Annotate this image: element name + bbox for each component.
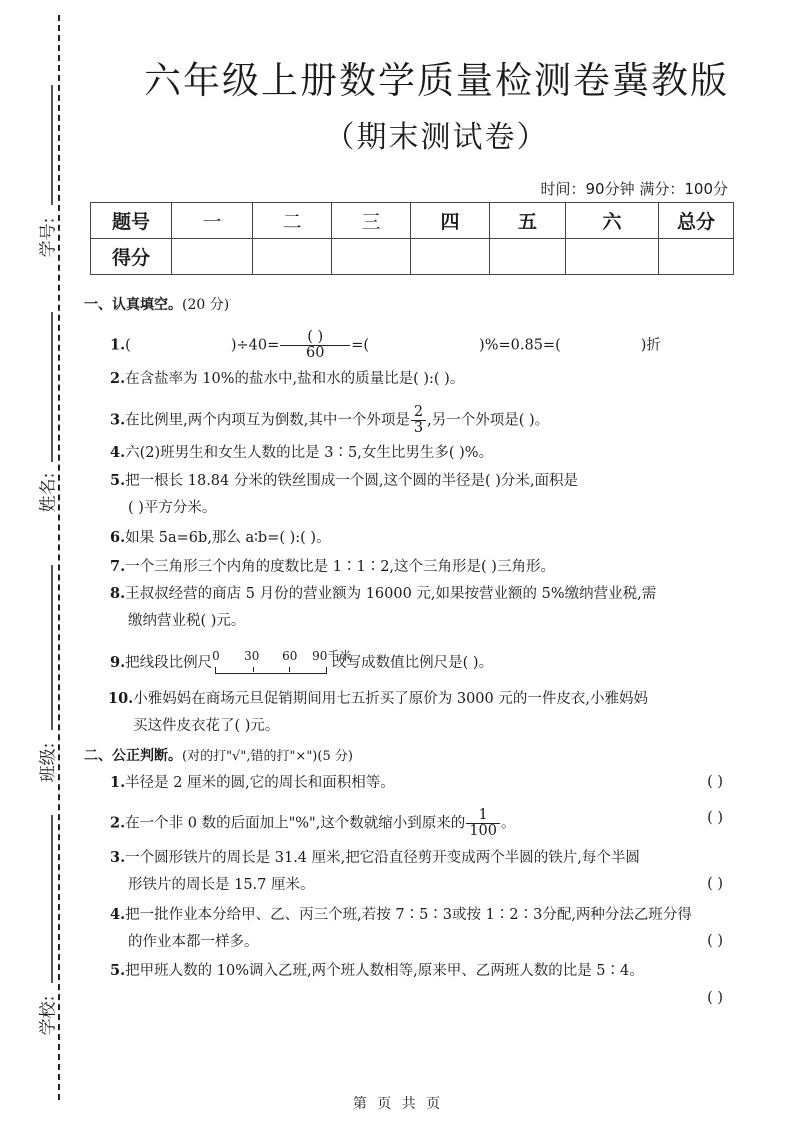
line-scale: 0 30 60 90千米 — [212, 651, 332, 671]
student-name-label: 姓名: — [34, 473, 59, 513]
section1-points: (20 分) — [182, 297, 229, 313]
header-cell: 总分 — [659, 203, 734, 239]
student-name-underline — [51, 312, 53, 462]
answer-paren[interactable]: ( ) — [707, 990, 723, 1006]
student-id-underline — [51, 85, 53, 205]
score-cell[interactable] — [332, 239, 411, 275]
answer-paren[interactable]: ( ) — [707, 876, 723, 892]
score-table-header-row: 题号 一 二 三 四 五 六 总分 — [91, 203, 734, 239]
section2-instruction: (对的打"√",错的打"×")(5 分) — [182, 749, 353, 764]
s2-question-1: 1.半径是 2 厘米的圆,它的周长和面积相等。 — [110, 774, 395, 792]
fraction: 23 — [411, 405, 426, 436]
score-cell[interactable] — [253, 239, 332, 275]
s1-question-9: 9.把线段比例尺 0 30 60 90千米 改写成数值比例尺是( )。 — [110, 651, 493, 672]
school-field[interactable]: 学校: — [14, 815, 54, 1035]
s1-question-3: 3.在比例里,两个内项互为倒数,其中一个外项是23,另一个外项是( )。 — [110, 405, 549, 436]
score-cell[interactable] — [659, 239, 734, 275]
header-cell: 三 — [332, 203, 411, 239]
time-info: 时间：90分钟 满分：100分 — [541, 178, 729, 199]
s1-question-5: 5.把一根长 18.84 分米的铁丝围成一个圆,这个圆的半径是( )分米,面积是… — [110, 472, 578, 490]
s2-question-4: 4.把一批作业本分给甲、乙、丙三个班,若按 7∶5∶3或按 1∶2∶3分配,两种… — [110, 906, 692, 924]
binding-margin: 学号: 姓名: 班级: 学校: — [0, 0, 80, 1122]
s2-question-5: 5.把甲班人数的 10%调入乙班,两个班人数相等,原来甲、乙两班人数的比是 5∶… — [110, 962, 644, 980]
fraction: 1100 — [466, 808, 500, 839]
s1-question-10: 10.小雅妈妈在商场元旦促销期间用七五折买了原价为 3000 元的一件皮衣,小雅… — [110, 690, 648, 708]
score-row-label: 得分 — [91, 239, 172, 275]
page-title: 六年级上册数学质量检测卷冀教版 — [80, 50, 793, 104]
header-cell: 题号 — [91, 203, 172, 239]
header-cell: 二 — [253, 203, 332, 239]
s1-question-8: 8.王叔叔经营的商店 5 月份的营业额为 16000 元,如果按营业额的 5%缴… — [110, 585, 656, 603]
score-table-score-row: 得分 — [91, 239, 734, 275]
header-cell: 一 — [172, 203, 253, 239]
school-label: 学校: — [34, 996, 59, 1036]
score-table: 题号 一 二 三 四 五 六 总分 得分 — [90, 202, 734, 275]
answer-paren[interactable]: ( ) — [707, 774, 723, 790]
answer-paren[interactable]: ( ) — [707, 933, 723, 949]
s1-question-4: 4.六(2)班男生和女生人数的比是 3∶5,女生比男生多( )%。 — [110, 444, 493, 462]
score-cell[interactable] — [566, 239, 659, 275]
fraction: ( )60 — [280, 330, 350, 361]
score-cell[interactable] — [411, 239, 490, 275]
answer-paren[interactable]: ( ) — [707, 810, 723, 826]
score-cell[interactable] — [490, 239, 566, 275]
header-cell: 四 — [411, 203, 490, 239]
s2-question-3: 3.一个圆形铁片的周长是 31.4 厘米,把它沿直径剪开变成两个半圆的铁片,每个… — [110, 849, 640, 867]
s1-question-2: 2.在含盐率为 10%的盐水中,盐和水的质量比是( ):( )。 — [110, 370, 464, 388]
s2-question-2: 2.在一个非 0 数的后面加上"%",这个数就缩小到原来的1100。 — [110, 808, 516, 839]
student-id-label: 学号: — [34, 218, 59, 258]
cut-line — [58, 15, 60, 1100]
class-label: 班级: — [34, 743, 59, 783]
section1-title: 一、认真填空。 — [84, 297, 182, 313]
s1-question-7: 7.一个三角形三个内角的度数比是 1∶1∶2,这个三角形是( )三角形。 — [110, 558, 555, 576]
section1-heading: 一、认真填空。(20 分) — [84, 294, 229, 314]
class-underline — [51, 565, 53, 730]
score-cell[interactable] — [172, 239, 253, 275]
page-footer: 第 页 共 页 — [0, 1093, 793, 1113]
header-cell: 六 — [566, 203, 659, 239]
student-id-field[interactable]: 学号: — [14, 85, 54, 265]
scale-bar — [215, 667, 327, 674]
s1-question-1: 1.()÷40=( )60=()%=0.85=()折 — [110, 330, 661, 361]
class-field[interactable]: 班级: — [14, 565, 54, 775]
student-name-field[interactable]: 姓名: — [14, 310, 54, 510]
s1-question-6: 6.如果 5a=6b,那么 a∶b=( ):( )。 — [110, 529, 331, 547]
school-underline — [51, 815, 53, 983]
section2-heading: 二、公正判断。(对的打"√",错的打"×")(5 分) — [84, 745, 353, 765]
section2-title: 二、公正判断。 — [84, 748, 182, 764]
page-subtitle: （期末测试卷） — [80, 112, 793, 156]
header-cell: 五 — [490, 203, 566, 239]
